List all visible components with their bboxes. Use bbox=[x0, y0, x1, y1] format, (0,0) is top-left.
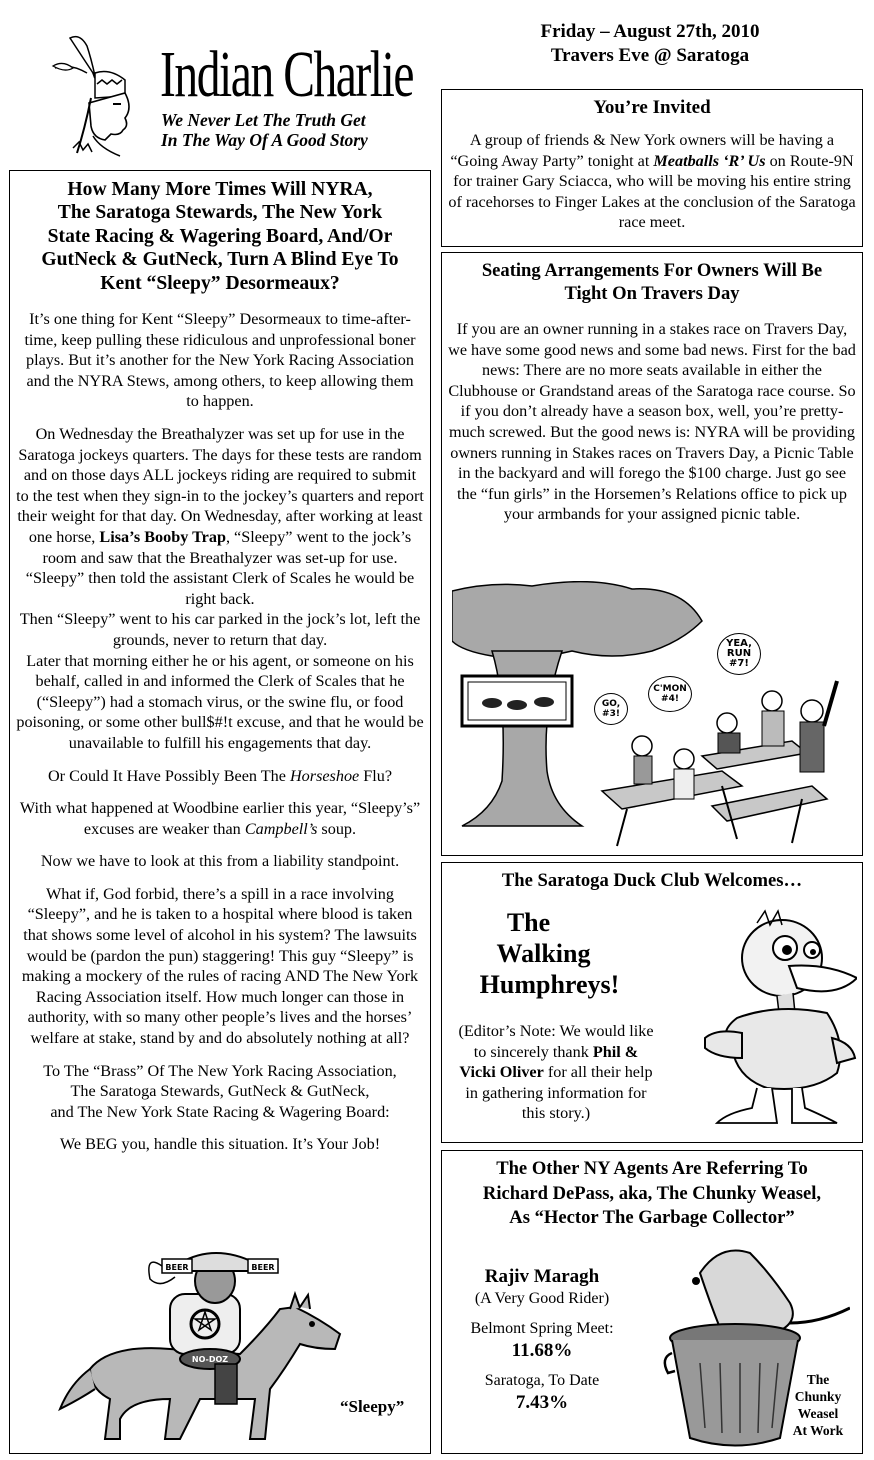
tagline-line-1: We Never Let The Truth Get bbox=[161, 110, 368, 130]
duck-club-box: The Saratoga Duck Club Welcomes… The Wal… bbox=[441, 862, 863, 1143]
invited-text: A group of friends & New York owners wil… bbox=[448, 130, 856, 233]
speech-bubble-cmon-4: C'MON #4! bbox=[648, 676, 692, 712]
speech-bubble-yea-run-7: YEA, RUN #7! bbox=[717, 633, 761, 675]
rider-stats: Rajiv Maragh (A Very Good Rider) Belmont… bbox=[452, 1265, 632, 1415]
seating-box: Seating Arrangements For Owners Will Be … bbox=[441, 252, 863, 856]
weasel-caption: The Chunky Weasel At Work bbox=[778, 1371, 858, 1439]
speech-bubble-go-3: GO, #3! bbox=[594, 693, 628, 725]
picnic-tree-illustration-icon bbox=[452, 581, 852, 851]
stat-saratoga-value: 7.43% bbox=[452, 1391, 632, 1415]
story-paragraph-left-grounds: Then “Sleepy” went to his car parked in … bbox=[16, 609, 424, 650]
duck-club-heading: The Saratoga Duck Club Welcomes… bbox=[448, 869, 856, 893]
story-paragraph-what-if: What if, God forbid, there’s a spill in … bbox=[16, 884, 424, 1049]
seating-text: If you are an owner running in a stakes … bbox=[448, 319, 856, 525]
stat-saratoga-label: Saratoga, To Date bbox=[452, 1371, 632, 1391]
picnic-table-cartoon: GO, #3! C'MON #4! YEA, RUN #7! bbox=[452, 581, 852, 851]
stat-belmont-value: 11.68% bbox=[452, 1339, 632, 1363]
svg-text:BEER: BEER bbox=[165, 1263, 188, 1272]
svg-text:NO-DOZ: NO-DOZ bbox=[192, 1355, 228, 1364]
story-paragraph-address: To The “Brass” Of The New York Racing As… bbox=[16, 1061, 424, 1123]
invited-heading: You’re Invited bbox=[448, 96, 856, 120]
story-paragraph-woodbine: With what happened at Woodbine earlier t… bbox=[16, 798, 424, 839]
dateline-event: Travers Eve @ Saratoga bbox=[470, 44, 830, 68]
sleepy-caption: “Sleepy” bbox=[340, 1397, 404, 1417]
stat-belmont-label: Belmont Spring Meet: bbox=[452, 1319, 632, 1339]
story-paragraph-breathalyzer: On Wednesday the Breathalyzer was set up… bbox=[16, 424, 424, 609]
walking-humphreys-title: The Walking Humphreys! bbox=[442, 907, 657, 1000]
native-chief-head-icon bbox=[25, 18, 130, 158]
masthead-title: Indian Charlie bbox=[160, 40, 413, 110]
horse-name: Lisa’s Booby Trap bbox=[99, 528, 226, 546]
story-paragraph-intro: It’s one thing for Kent “Sleepy” Desorme… bbox=[16, 309, 424, 412]
jockey-on-horse-illustration-icon: NO-DOZ BEER BEER bbox=[50, 1249, 350, 1449]
invited-box: You’re Invited A group of friends & New … bbox=[441, 89, 863, 247]
seating-heading: Seating Arrangements For Owners Will Be … bbox=[448, 259, 856, 305]
main-story-headline: How Many More Times Will NYRA, The Sarat… bbox=[16, 178, 424, 295]
dateline: Friday – August 27th, 2010 Travers Eve @… bbox=[470, 20, 830, 68]
angry-duck-cartoon bbox=[697, 908, 857, 1128]
sleepy-jockey-cartoon: NO-DOZ BEER BEER bbox=[50, 1249, 350, 1449]
weasel-heading: The Other NY Agents Are Referring To Ric… bbox=[448, 1157, 856, 1231]
chunky-weasel-box: The Other NY Agents Are Referring To Ric… bbox=[441, 1150, 863, 1454]
rider-description: (A Very Good Rider) bbox=[452, 1289, 632, 1309]
story-paragraph-liability: Now we have to look at this from a liabi… bbox=[16, 851, 424, 872]
rider-name: Rajiv Maragh bbox=[452, 1265, 632, 1289]
dateline-date: Friday – August 27th, 2010 bbox=[470, 20, 830, 44]
story-paragraph-horseshoe-flu: Or Could It Have Possibly Been The Horse… bbox=[16, 766, 424, 787]
masthead-logo bbox=[25, 18, 130, 158]
editors-note: (Editor’s Note: We would like to sincere… bbox=[456, 1021, 656, 1124]
tagline-line-2: In The Way Of A Good Story bbox=[161, 130, 368, 150]
story-paragraph-excuse: Later that morning either he or his agen… bbox=[16, 651, 424, 754]
story-paragraph-plea: We BEG you, handle this situation. It’s … bbox=[16, 1134, 424, 1155]
masthead-tagline: We Never Let The Truth Get In The Way Of… bbox=[161, 110, 368, 150]
main-story-box: How Many More Times Will NYRA, The Sarat… bbox=[9, 170, 431, 1454]
duck-illustration-icon bbox=[697, 908, 857, 1128]
venue-name: Meatballs ‘R’ Us bbox=[653, 152, 765, 170]
svg-text:BEER: BEER bbox=[251, 1263, 274, 1272]
